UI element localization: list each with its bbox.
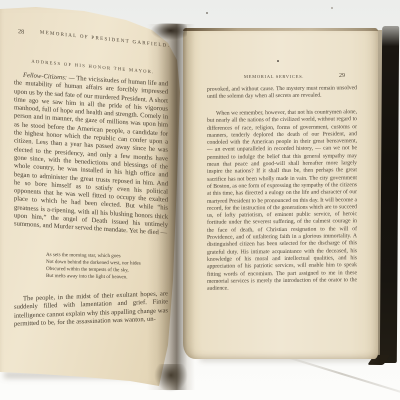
paragraph: When we remember, however, that not his …	[207, 109, 357, 293]
running-header: MEMORIAL OF PRESIDENT GARFIELD.	[14, 28, 172, 50]
gutter-fold-shadow-top	[151, 23, 187, 40]
right-page: MEMORIAL SERVICES. 29 provoked, and with…	[183, 28, 378, 359]
right-page-header: MEMORIAL SERVICES. 29	[203, 74, 345, 82]
paragraph-text: The vicissitudes of human life and the m…	[14, 75, 168, 237]
page-number: 28	[18, 28, 24, 36]
verse-quote: As sets the morning star, which goes Not…	[46, 252, 166, 282]
running-header: MEMORIAL SERVICES.	[203, 74, 345, 79]
left-page: 28 MEMORIAL OF PRESIDENT GARFIELD. ADDRE…	[0, 0, 186, 394]
page-number: 29	[339, 73, 345, 79]
book-cover-edge	[380, 26, 399, 363]
dust-speck	[331, 7, 333, 9]
paragraph: The people, in the midst of their exulta…	[14, 290, 168, 329]
paragraph: Fellow-Citizens: — The vicissitudes of h…	[14, 71, 168, 238]
left-page-header: 28 MEMORIAL OF PRESIDENT GARFIELD.	[14, 28, 172, 50]
dust-speck	[277, 60, 279, 62]
paragraph-continuation: provoked, and without cause. The mystery…	[207, 85, 357, 101]
open-book-photo: MEMORIAL SERVICES. 29 provoked, and with…	[0, 0, 400, 400]
dust-speck	[206, 12, 208, 14]
verse-line: But melts away into the light of heaven.	[46, 273, 166, 282]
gutter-fold-shadow-bottom	[154, 364, 188, 392]
